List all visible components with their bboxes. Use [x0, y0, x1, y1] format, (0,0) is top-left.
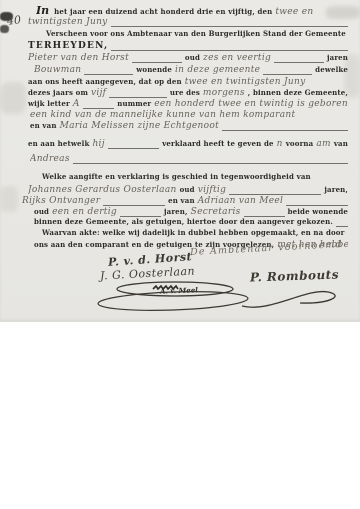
handwritten-text: in deze gemeente — [175, 65, 260, 76]
form-line: een kind van de mannelijke kunne van hem… — [30, 110, 348, 121]
printed-text: voorna — [286, 140, 314, 148]
handwritten-text: twintigsten Juny — [28, 17, 108, 28]
printed-text: , binnen deze Gemeente, — [248, 89, 348, 97]
handwritten-text: twee en twintigsten Juny — [185, 77, 306, 88]
form-line: Verscheen voor ons Ambtenaar van den Bur… — [46, 30, 346, 38]
form-line: Inhet jaar een duizend acht honderd drie… — [36, 5, 346, 18]
rule-line — [336, 218, 348, 227]
form-line: twintigsten Juny — [28, 17, 348, 28]
printed-text: oud — [34, 208, 49, 216]
signature-flourish-left-icon — [95, 279, 255, 317]
rule-line — [244, 208, 285, 217]
handwritten-text: A — [73, 99, 80, 110]
handwritten-text: morgens — [203, 88, 245, 99]
printed-text: verklaard heeft te geven de — [162, 140, 273, 148]
rule-line — [108, 140, 159, 149]
rule-line — [222, 122, 348, 131]
printed-text: het jaar een duizend acht honderd drie e… — [54, 8, 272, 16]
printed-text: van — [334, 140, 348, 148]
handwritten-text: vijftig — [198, 185, 226, 196]
handwritten-text: zes en veertig — [203, 53, 271, 64]
form-line: Johannes Gerardus Oosterlaanoudvijftigja… — [28, 185, 348, 196]
printed-text: dezes jaars om — [28, 89, 88, 97]
printed-text: ure des — [170, 89, 200, 97]
handwritten-text: vijf — [91, 88, 106, 99]
form-line: binnen deze Gemeente, als getuigen, hier… — [34, 218, 348, 228]
handwritten-text: zijne Echtgenoot — [137, 121, 219, 132]
printed-text: dewelke — [315, 66, 348, 74]
handwritten-text: hij — [92, 139, 104, 150]
form-line: en vanMaria Melissenzijne Echtgenoot — [30, 121, 348, 132]
form-line: Bouwmanwonendein deze gemeentedewelke — [34, 65, 348, 76]
printed-text: en van — [168, 197, 195, 205]
printed-text: oud — [185, 54, 200, 62]
bleed-through-smudge — [0, 82, 26, 114]
printed-text: aan ons heeft aangegeven, dat op den — [28, 78, 182, 86]
form-line: en aan hetwelkhijverklaard heeft te geve… — [28, 139, 348, 150]
form-line: wijk letterAnummereen honderd twee en tw… — [28, 99, 348, 110]
form-line: Waarvan akte: welke wij dadelijk in dubb… — [42, 229, 348, 237]
form-line: aan ons heeft aangegeven, dat op dentwee… — [28, 77, 348, 88]
signature-flourish-right-icon — [236, 286, 354, 314]
bleed-through-smudge — [0, 186, 18, 212]
rule-line — [109, 89, 167, 98]
form-line: Rijks Ontvangeren vanAdriaan van Meel — [22, 196, 348, 207]
scanned-document-page: 40 Inhet jaar een duizend acht honderd d… — [0, 0, 360, 509]
printed-text: wonende — [136, 66, 172, 74]
printed-text: In — [36, 5, 49, 16]
form-line: TERHEYDEN, — [28, 41, 348, 52]
form-line: oudeen en dertigjaren,Secretarisbeide wo… — [34, 207, 348, 218]
printed-text: nummer — [117, 100, 151, 108]
printed-text: beide wonende — [288, 208, 348, 216]
rule-line — [120, 208, 161, 217]
handwritten-text: Johannes Gerardus Oosterlaan — [28, 185, 177, 196]
form-line: Welke aangifte en verklaring is geschied… — [42, 173, 346, 181]
printed-text: en van — [30, 122, 57, 130]
printed-text: Waarvan akte: welke wij dadelijk in dubb… — [42, 229, 344, 237]
paper-scan-area: 40 Inhet jaar een duizend acht honderd d… — [0, 0, 360, 322]
handwritten-text: een honderd twee en twintig is geboren — [154, 99, 348, 110]
rule-line — [263, 66, 312, 75]
printed-text: jaren, — [324, 186, 348, 194]
handwritten-text: am — [316, 139, 331, 150]
rule-line — [73, 155, 348, 164]
form-line: Andreas — [30, 154, 348, 165]
form-line: Pieter van den Horstoudzes en veertigjar… — [28, 53, 348, 64]
printed-text: jaren — [327, 54, 348, 62]
printed-text: binnen deze Gemeente, als getuigen, hier… — [34, 218, 333, 226]
official-signature: P. Rombouts — [250, 267, 339, 284]
act-number: 40 — [6, 13, 21, 27]
handwritten-text: n — [277, 139, 283, 150]
printed-text: TERHEYDEN, — [28, 41, 108, 52]
handwritten-text: Rijks Ontvanger — [22, 196, 100, 207]
printed-text: jaren, — [164, 208, 188, 216]
rule-line — [111, 42, 348, 51]
handwritten-text: Maria Melissen — [60, 121, 135, 132]
printed-text: en aan hetwelk — [28, 140, 89, 148]
rule-line — [83, 100, 115, 109]
printed-text: Welke aangifte en verklaring is geschied… — [42, 173, 311, 181]
handwritten-text: Secretaris — [191, 207, 241, 218]
handwritten-text: een kind van de mannelijke kunne van hem… — [30, 110, 295, 121]
handwritten-text: Bouwman — [34, 65, 81, 76]
rule-line — [274, 54, 324, 63]
printed-text: wijk letter — [28, 100, 70, 108]
handwritten-text: Adriaan van Meel — [198, 196, 283, 207]
rule-line — [103, 197, 165, 206]
handwritten-text: een en dertig — [52, 207, 117, 218]
rule-line — [111, 18, 348, 27]
rule-line — [132, 54, 182, 63]
printed-text: Verscheen voor ons Ambtenaar van den Bur… — [46, 30, 346, 38]
rule-line — [286, 197, 348, 206]
form-line: dezes jaars omvijfure desmorgens, binnen… — [28, 88, 348, 99]
rule-line — [84, 66, 133, 75]
rule-line — [229, 186, 321, 195]
printed-text: oud — [180, 186, 195, 194]
handwritten-text: Andreas — [30, 154, 70, 165]
handwritten-text: Pieter van den Horst — [28, 53, 129, 64]
